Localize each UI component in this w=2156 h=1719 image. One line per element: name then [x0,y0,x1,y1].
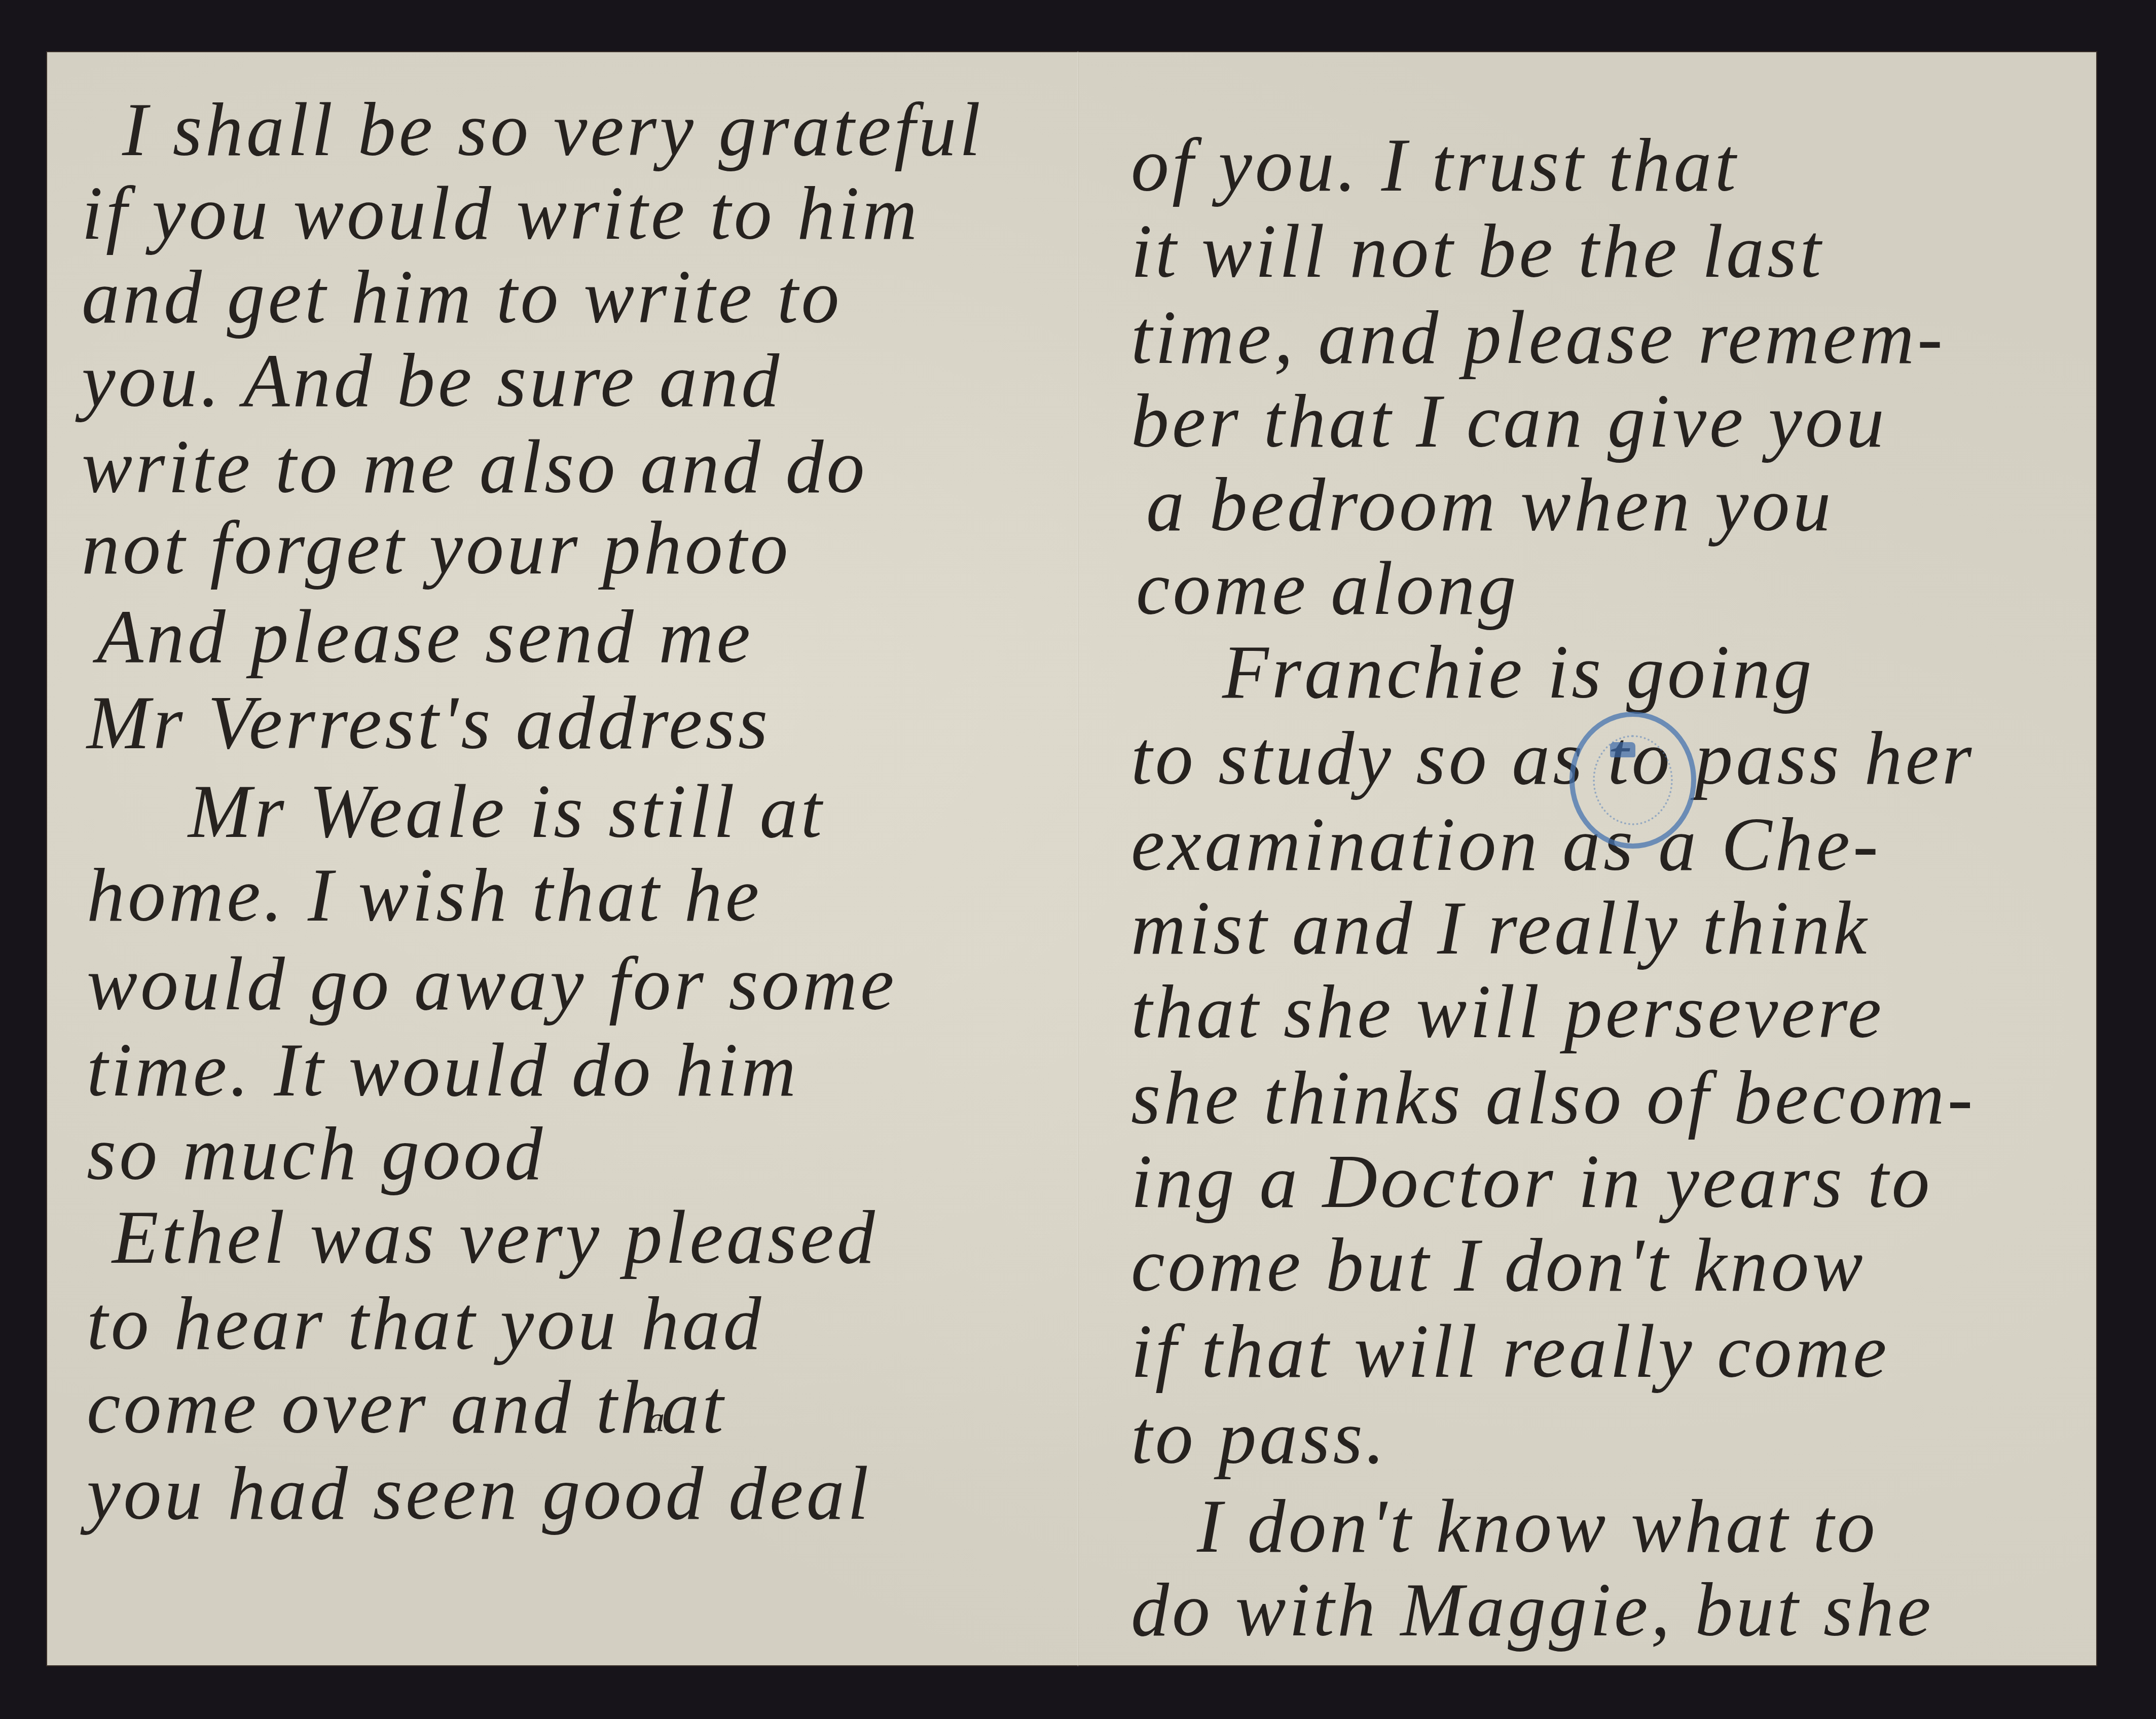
letter-line: Franchie is going [1222,634,1815,710]
letter-line: mist and I really think [1131,890,1870,966]
archive-stamp [1569,712,1696,849]
letter-line: I don't know what to [1197,1488,1878,1564]
letter-line: ber that I can give you [1131,383,1887,459]
letter-line: time. It would do him [87,1032,799,1108]
letter-line: she thinks also of becom- [1131,1060,1976,1136]
right-page: of you. I trust that it will not be the … [1080,51,2097,1666]
letter-line: write to me also and do [82,429,867,505]
stamp-emblem-icon [1593,735,1673,825]
letter-line: and get him to write to [82,259,842,335]
letter-line: that she will persevere [1131,974,1884,1050]
letter-line: Mr Verrest's address [87,685,771,761]
letter-line: to study so as to pass her [1131,720,1975,796]
letter-line: to hear that you had [87,1286,764,1362]
letter-line: I shall be so very grateful [122,92,983,168]
letter-line: come over and that [87,1369,726,1445]
letter-line: of you. I trust that [1131,127,1739,203]
letter-paper: I shall be so very grateful if you would… [46,51,2097,1666]
letter-line: come along [1136,551,1519,627]
inserted-word: a [647,1400,665,1440]
letter-line: examination as a Che- [1131,807,1881,883]
letter-line: it will not be the last [1131,213,1824,289]
letter-line: And please send me [97,599,753,675]
letter-line: ing a Doctor in years to [1131,1144,1932,1220]
letter-line: time, and please remem- [1131,300,1946,376]
letter-line: a bedroom when you [1146,467,1834,543]
left-page: I shall be so very grateful if you would… [46,51,1080,1666]
letter-line: Mr Weale is still at [188,774,825,850]
letter-line: you had seen good deal [87,1455,871,1531]
letter-line: you. And be sure and [82,343,782,419]
letter-line: come but I don't know [1131,1227,1866,1303]
letter-line: if you would write to him [82,175,920,251]
letter-line: would go away for some [87,946,897,1022]
letter-line: to pass. [1131,1400,1387,1476]
letter-line: if that will really come [1131,1313,1890,1389]
letter-line: so much good [87,1116,545,1192]
letter-line: home. I wish that he [87,857,762,933]
letter-line: not forget your photo [82,510,791,586]
letter-line: Ethel was very pleased [112,1199,878,1275]
letter-line: do with Maggie, but she [1131,1572,1934,1648]
crown-icon [1610,742,1635,757]
